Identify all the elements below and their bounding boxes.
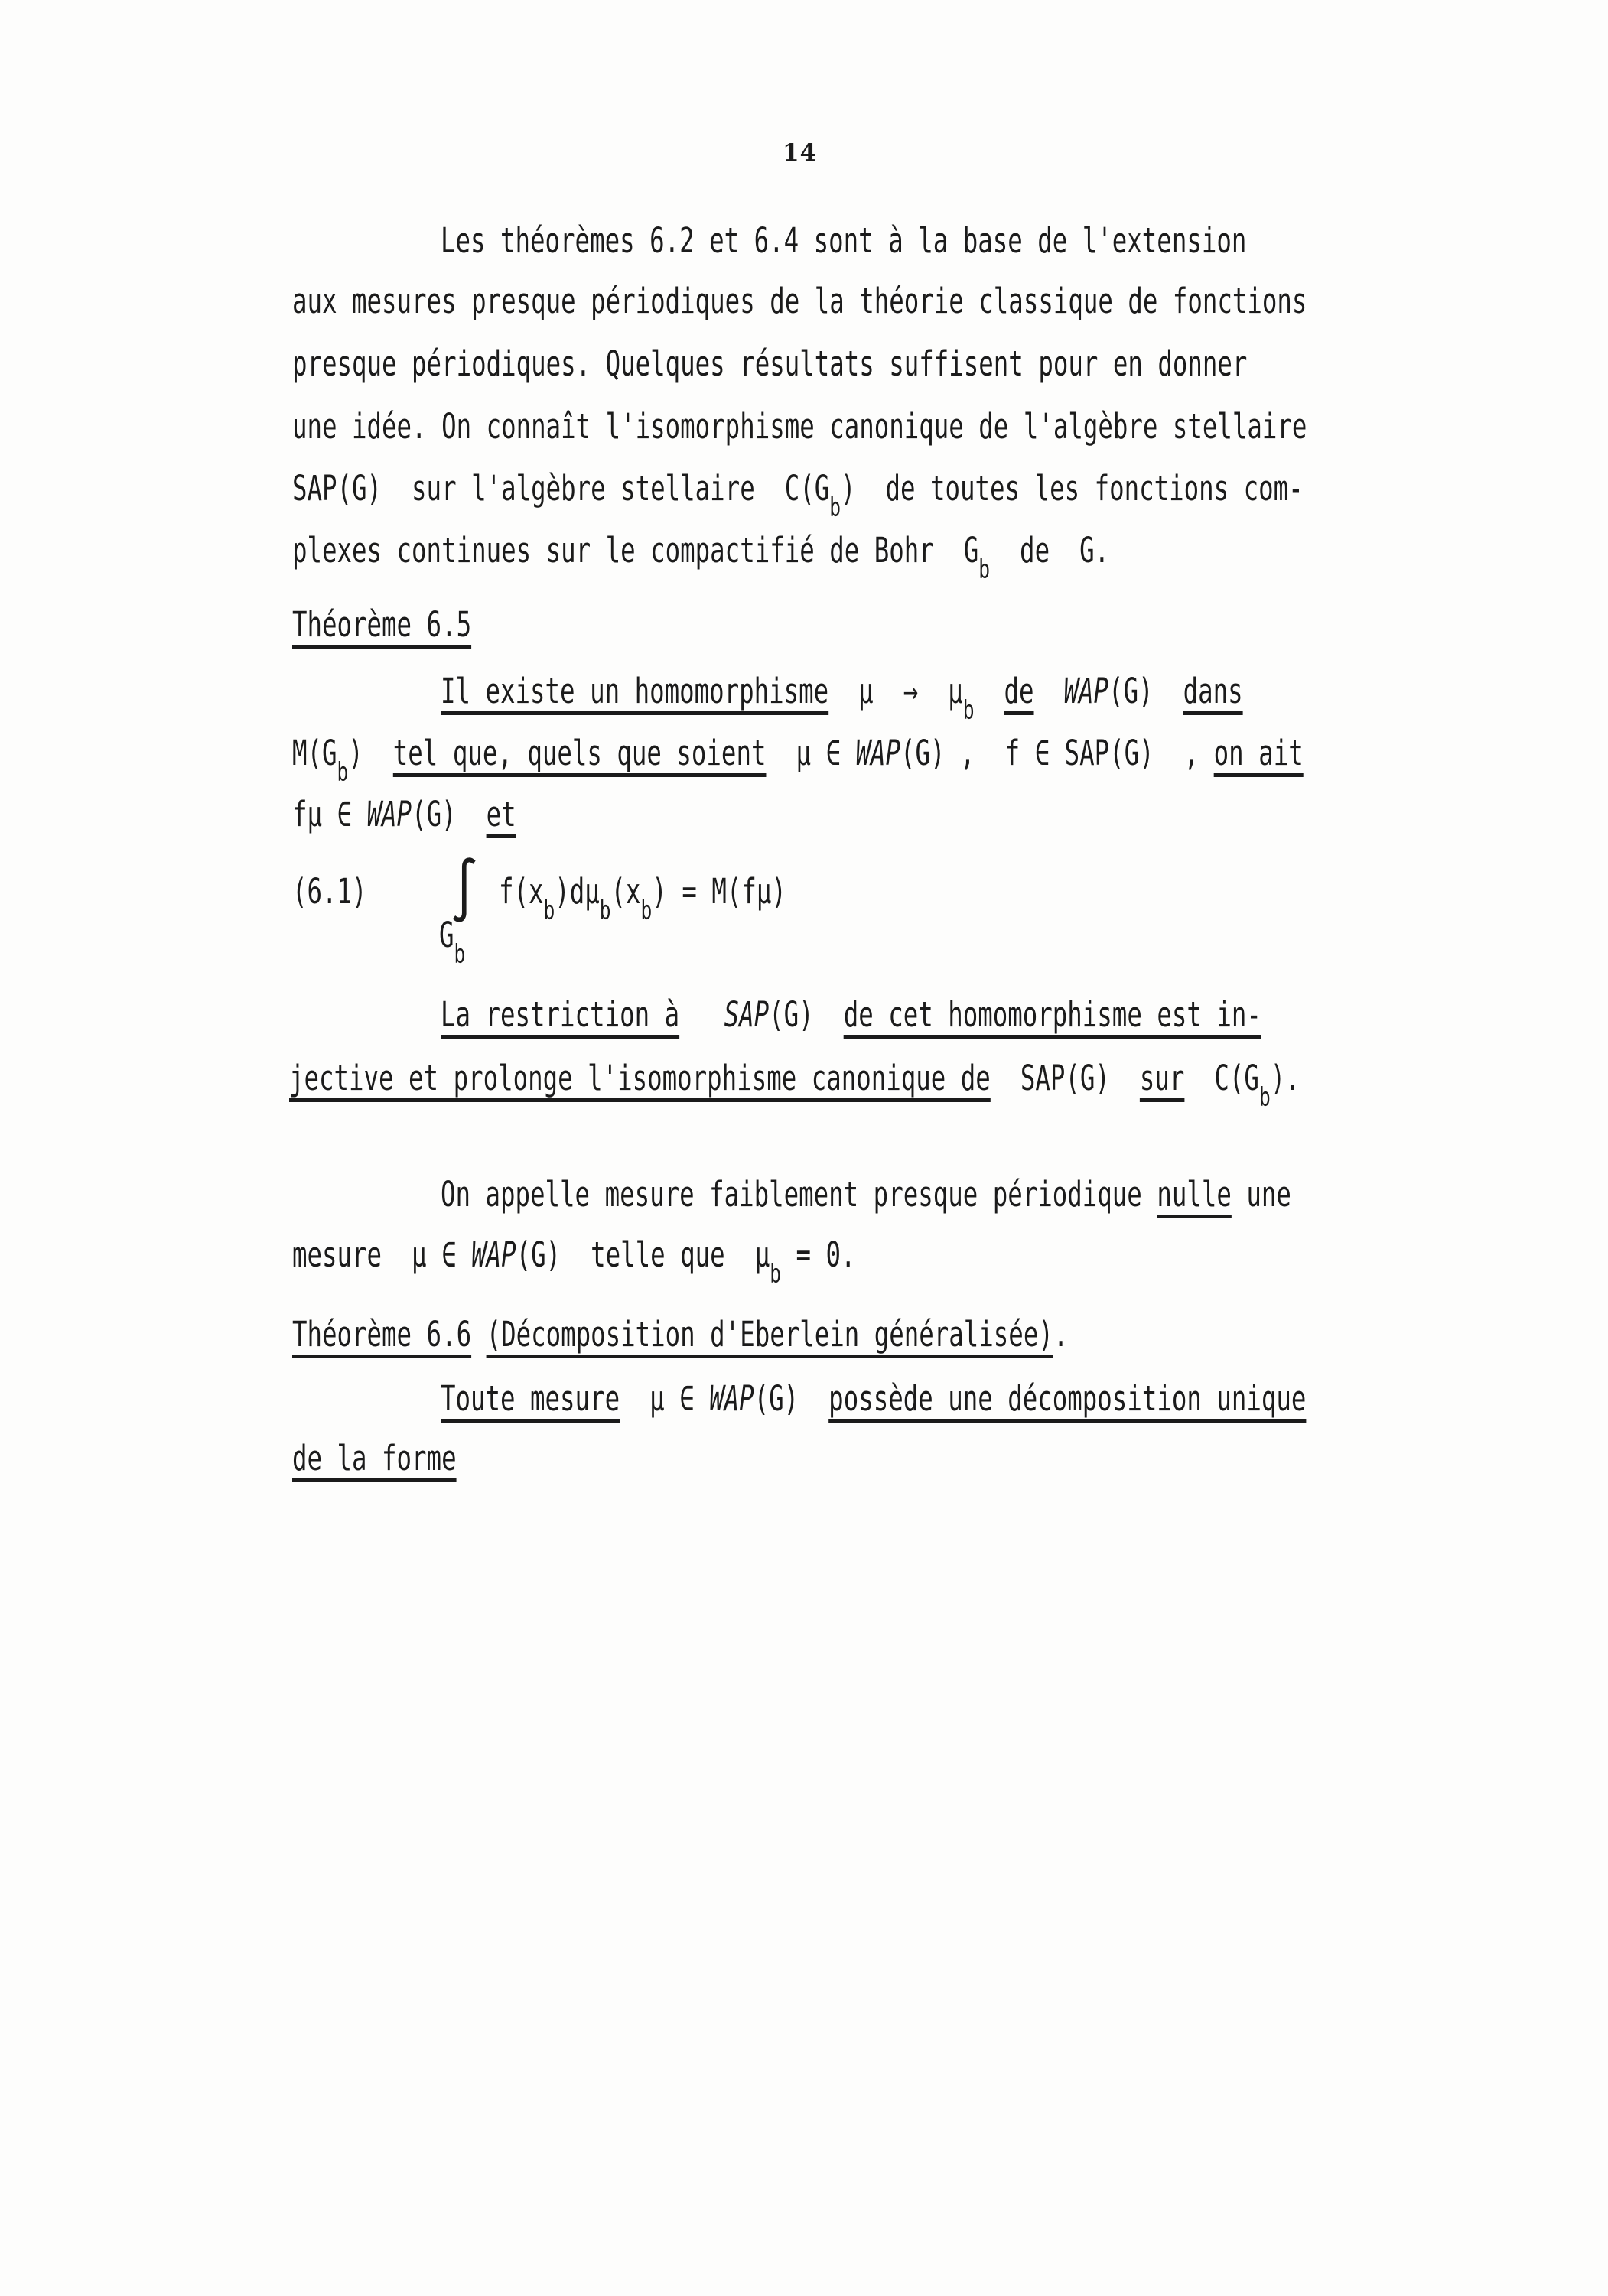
equation-expression: f(xb)dμb(xb) = M(fμ) <box>499 874 786 924</box>
theorem-6-6-line-1: Toute mesure μ ∈ WAP(G) possède une déco… <box>441 1381 1306 1416</box>
page-number: 14 <box>783 141 817 165</box>
intro-line-2: aux mesures presque périodiques de la th… <box>292 284 1307 318</box>
theorem-6-5-heading: Théorème 6.5 <box>292 607 471 642</box>
conclusion-line-2: jective et prolonge l'isomorphisme canon… <box>289 1061 1300 1111</box>
theorem-6-5-line-3: fμ ∈ WAP(G) et <box>292 797 516 831</box>
conclusion-line-1: La restriction à SAP(G) de cet homomorph… <box>441 997 1261 1032</box>
intro-line-4: une idée. On connaît l'isomorphisme cano… <box>292 409 1307 444</box>
nulle-paragraph-line-2: mesure μ ∈ WAP(G) telle que μb = 0. <box>292 1237 856 1287</box>
equation-label: (6.1) <box>292 874 367 909</box>
intro-line-3: presque périodiques. Quelques résultats … <box>292 346 1247 381</box>
theorem-6-6-line-2: de la forme <box>292 1441 457 1475</box>
integral-domain: Gb <box>439 918 465 968</box>
scanned-paper-page: 14 Les théorèmes 6.2 et 6.4 sont à la ba… <box>0 0 1608 2296</box>
intro-line-1: Les théorèmes 6.2 et 6.4 sont à la base … <box>441 223 1246 258</box>
intro-line-6: plexes continues sur le compactifié de B… <box>292 533 1109 583</box>
integral-sign: ∫ <box>450 860 479 921</box>
intro-line-5: SAP(G) sur l'algèbre stellaire C(Gb) de … <box>292 471 1304 521</box>
theorem-6-6-heading: Théorème 6.6 (Décomposition d'Eberlein g… <box>292 1317 1068 1351</box>
theorem-6-5-line-2: M(Gb) tel que, quels que soient μ ∈ WAP(… <box>292 736 1304 785</box>
theorem-6-5-line-1: Il existe un homomorphisme μ → μb de WAP… <box>441 674 1243 724</box>
nulle-paragraph-line-1: On appelle mesure faiblement presque pér… <box>441 1177 1291 1211</box>
